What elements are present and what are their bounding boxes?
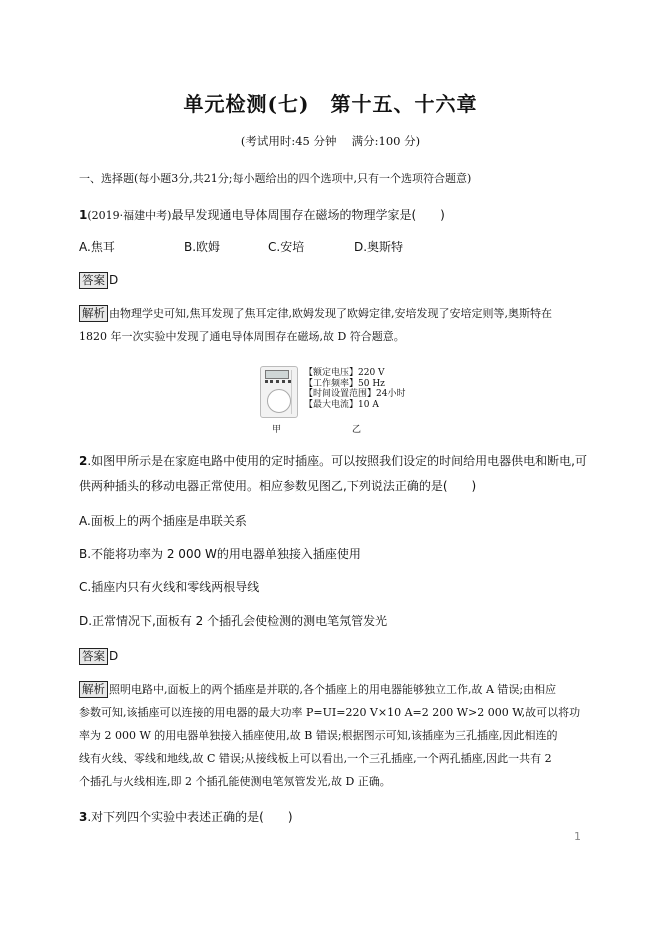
question-2-analysis-line-5: 个插孔与火线相连,即 2 个插孔能使测电笔氖管发光,故 D 正确。	[79, 773, 589, 791]
page-number: 1	[574, 830, 581, 843]
spec-list: 【额定电压】220 V 【工作频率】50 Hz 【时间设置范围】24小时 【最大…	[304, 368, 405, 410]
answer-label: 答案	[79, 272, 108, 289]
document-page: 单元检测(七) 第十五、十六章 (考试用时:45 分钟 满分:100 分) 一、…	[0, 0, 661, 936]
option-c: C.安培	[268, 238, 354, 256]
outlet-face	[267, 389, 291, 413]
question-text: 最早发现通电导体周围存在磁场的物理学家是( )	[171, 208, 444, 222]
analysis-label: 解析	[79, 305, 108, 322]
analysis-text: 照明电路中,面板上的两个插座是并联的,各个插座上的用电器能够独立工作,故 A 错…	[109, 683, 556, 696]
analysis-label: 解析	[79, 681, 108, 698]
timer-socket-figure: 【额定电压】220 V 【工作频率】50 Hz 【时间设置范围】24小时 【最大…	[260, 366, 460, 436]
answer-value: D	[109, 649, 118, 663]
exam-info: (考试用时:45 分钟 满分:100 分)	[0, 133, 661, 149]
question-2-analysis-line-1: 解析照明电路中,面板上的两个插座是并联的,各个插座上的用电器能够独立工作,故 A…	[79, 681, 589, 699]
question-text: .对下列四个实验中表述正确的是( )	[87, 810, 292, 824]
question-1-analysis-line-1: 解析由物理学史可知,焦耳发现了焦耳定律,欧姆发现了欧姆定律,安培发现了安培定则等…	[79, 305, 589, 323]
spec-frequency: 【工作频率】50 Hz	[304, 379, 405, 390]
question-text: .如图甲所示是在家庭电路中使用的定时插座。可以按照我们设定的时间给用电器供电和断…	[87, 454, 587, 468]
question-3-stem: 3.对下列四个实验中表述正确的是( )	[79, 808, 589, 826]
option-d: D.奥斯特	[354, 238, 403, 256]
answer-value: D	[109, 273, 118, 287]
figure-label-yi: 乙	[352, 422, 361, 435]
question-2-analysis-line-4: 线有火线、零线和地线,故 C 错误;从接线板上可以看出,一个三孔插座,一个两孔插…	[79, 750, 589, 768]
question-1-stem: 1(2019·福建中考)最早发现通电导体周围存在磁场的物理学家是( )	[79, 206, 589, 225]
question-2-analysis-line-3: 率为 2 000 W 的用电器单独接入插座使用,故 B 错误;根据图示可知,该插…	[79, 727, 589, 745]
figure-label-jia: 甲	[272, 422, 281, 435]
question-2-stem-line-1: 2.如图甲所示是在家庭电路中使用的定时插座。可以按照我们设定的时间给用电器供电和…	[79, 452, 589, 470]
question-source: (2019·福建中考)	[87, 209, 171, 222]
spec-time-range: 【时间设置范围】24小时	[304, 389, 405, 400]
option-c: C.插座内只有火线和零线两根导线	[79, 578, 589, 596]
question-2-stem-line-2: 供两种插头的移动电器正常使用。相应参数见图乙,下列说法正确的是( )	[79, 477, 589, 495]
question-1-answer: 答案D	[79, 271, 589, 289]
page-title: 单元检测(七) 第十五、十六章	[0, 88, 661, 117]
option-d: D.正常情况下,面板有 2 个插孔会使检测的测电笔氖管发光	[79, 612, 589, 630]
socket-buttons	[265, 380, 291, 387]
question-2-analysis-line-2: 参数可知,该插座可以连接的用电器的最大功率 P=UI=220 V×10 A=2 …	[79, 704, 589, 722]
lcd-display	[265, 370, 289, 379]
option-b: B.不能将功率为 2 000 W的用电器单独接入插座使用	[79, 545, 589, 563]
question-1-analysis-line-2: 1820 年一次实验中发现了通电导体周围存在磁场,故 D 符合题意。	[79, 328, 589, 346]
answer-label: 答案	[79, 648, 108, 665]
question-2-answer: 答案D	[79, 647, 589, 665]
spec-voltage: 【额定电压】220 V	[304, 368, 405, 379]
option-a: A.面板上的两个插座是串联关系	[79, 512, 589, 530]
timer-socket-image	[260, 366, 298, 418]
socket-side-edge	[291, 370, 296, 414]
spec-max-current: 【最大电流】10 A	[304, 400, 405, 411]
option-a: A.焦耳	[79, 238, 184, 256]
section-heading: 一、选择题(每小题3分,共21分;每小题给出的四个选项中,只有一个选项符合题意)	[79, 170, 589, 188]
analysis-text: 由物理学史可知,焦耳发现了焦耳定律,欧姆发现了欧姆定律,安培发现了安培定则等,奥…	[109, 307, 552, 320]
option-b: B.欧姆	[184, 238, 268, 256]
question-1-options: A.焦耳 B.欧姆 C.安培 D.奥斯特	[79, 238, 589, 256]
